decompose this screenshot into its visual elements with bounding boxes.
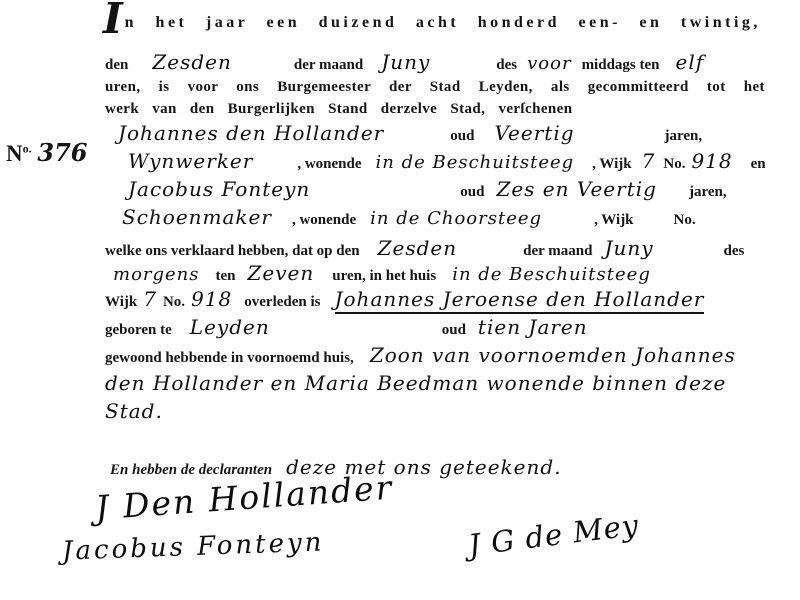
handwritten-deceased-name: Johannes Jeroense den Hollander (335, 287, 705, 314)
form-line-declarant2-address: Schoenmaker , wonende in de Choorsteeg ,… (122, 205, 696, 229)
handwritten-birthplace: Leyden (190, 315, 270, 339)
handwritten-declarant2-street: in de Choorsteeg (370, 208, 542, 229)
handwritten-stad: Stad. (105, 399, 163, 423)
form-line-declaration: welke ons verklaard hebben, dat op den Z… (105, 236, 744, 260)
handwritten-declarant1-age: Veertig (494, 121, 574, 145)
handwritten-declarant1-wijk: 7 (642, 149, 656, 173)
printed-text: jaren, (665, 128, 703, 145)
printed-text: uren, in het huis (332, 268, 436, 285)
printed-text: middags ten (582, 57, 660, 74)
printed-text: , Wijk (594, 212, 633, 229)
printed-text: uren, is voor ons Burgemeester der Stad … (105, 79, 765, 95)
death-certificate-scan: No. 376 In het jaar een duizend acht hon… (0, 0, 800, 600)
handwritten-parentage: Zoon van voornoemden Johannes (370, 343, 736, 367)
form-line-burgemeester: uren, is voor ons Burgemeester der Stad … (105, 78, 765, 96)
printed-text: , Wijk (592, 156, 631, 173)
record-number-prefix: N (6, 141, 23, 166)
handwritten-death-month: Juny (604, 236, 653, 260)
printed-text: , wonende (292, 212, 356, 229)
printed-text: oud (460, 184, 484, 201)
signature-fonteyn: Jacobus Fonteyn (62, 527, 325, 566)
form-line-deceased: Wijk 7 No. 918 overleden is Johannes Jer… (105, 287, 704, 314)
printed-text: No. (663, 156, 685, 173)
printed-text: welke ons verklaard hebben, dat op den (105, 243, 360, 259)
handwritten-declarant1-name: Johannes den Hollander (118, 121, 384, 145)
form-line-death-hour: morgens ten Zeven uren, in het huis in d… (113, 261, 651, 285)
form-line-declarant1-address: Wynwerker , wonende in de Beschuitsteeg … (128, 149, 766, 173)
signature-declarant2: Jacobus Fonteyn (62, 532, 324, 562)
printed-text: Wijk (105, 294, 137, 310)
printed-text: des (724, 243, 745, 260)
handwritten-daypart: voor (527, 53, 571, 74)
drop-cap-I: I (103, 0, 125, 43)
form-line-parents-3: Stad. (105, 399, 163, 423)
record-number-ordinal: o. (23, 141, 32, 155)
record-number-value: 376 (37, 138, 87, 167)
printed-text: n het jaar een duizend acht honderd een-… (125, 14, 761, 31)
printed-text: werk van den Burgerlijken Stand derzelve… (105, 101, 572, 117)
printed-text: geboren te (105, 322, 172, 338)
printed-text: den (105, 57, 128, 73)
handwritten-death-wijk: 7 (143, 287, 157, 311)
signature-official: J G de Mey (468, 518, 639, 552)
printed-text: ten (216, 268, 236, 285)
printed-text: gewoond hebbende in voornoemd huis, (105, 350, 354, 366)
handwritten-hour: elf (676, 50, 705, 74)
signature-de-mey: J G de Mey (467, 508, 641, 563)
form-line-declarant2-name: Jacobus Fonteyn oud Zes en Veertig jaren… (128, 177, 727, 201)
handwritten-declarant1-street: in de Beschuitsteeg (376, 152, 575, 173)
handwritten-parents-names: den Hollander en Maria Beedman wonende b… (105, 371, 726, 395)
printed-closing-text: En hebben de declaranten (110, 462, 272, 478)
handwritten-declarant2-occupation: Schoenmaker (122, 205, 272, 229)
handwritten-death-hour: Zeven (248, 261, 315, 285)
handwritten-death-street: in de Beschuitsteeg (452, 264, 651, 285)
form-line-born: geboren te Leyden oud tien Jaren (105, 315, 588, 339)
form-line-burgerlijke-stand: werk van den Burgerlijken Stand derzelve… (105, 100, 572, 118)
printed-text: en (751, 156, 766, 173)
handwritten-declarant1-houseno: 918 (691, 149, 732, 173)
printed-text: der maand (523, 243, 592, 260)
handwritten-death-houseno: 918 (191, 287, 232, 311)
form-line-parents-1: gewoond hebbende in voornoemd huis, Zoon… (105, 343, 736, 367)
form-line-date-time: den Zesden der maand Juny des voor midda… (105, 50, 704, 74)
handwritten-declarant2-name: Jacobus Fonteyn (128, 177, 310, 201)
printed-text: , wonende (297, 156, 361, 173)
handwritten-deceased-age: tien Jaren (478, 315, 588, 339)
printed-text: jaren, (689, 184, 727, 201)
printed-text: oud (442, 322, 466, 339)
printed-text: No. (163, 294, 185, 311)
form-line-declarant1-name: Johannes den Hollander oud Veertig jaren… (118, 121, 702, 145)
printed-text: des (496, 57, 517, 74)
handwritten-day: Zesden (152, 50, 232, 74)
signature-declarant1: J Den Hollander (95, 478, 394, 517)
printed-text: No. (674, 212, 696, 229)
printed-text: oud (450, 128, 474, 145)
handwritten-daypart-morgens: morgens (113, 264, 200, 285)
form-line-parents-2: den Hollander en Maria Beedman wonende b… (105, 371, 726, 395)
printed-text: overleden is (244, 294, 320, 311)
printed-text: der maand (294, 57, 363, 74)
handwritten-declarant1-occupation: Wynwerker (128, 149, 253, 173)
form-line-year: In het jaar een duizend acht honderd een… (103, 4, 761, 34)
handwritten-declarant2-age: Zes en Veertig (496, 177, 657, 201)
handwritten-death-day: Zesden (378, 236, 458, 260)
handwritten-month: Juny (381, 50, 430, 74)
record-number: No. 376 (6, 138, 87, 167)
